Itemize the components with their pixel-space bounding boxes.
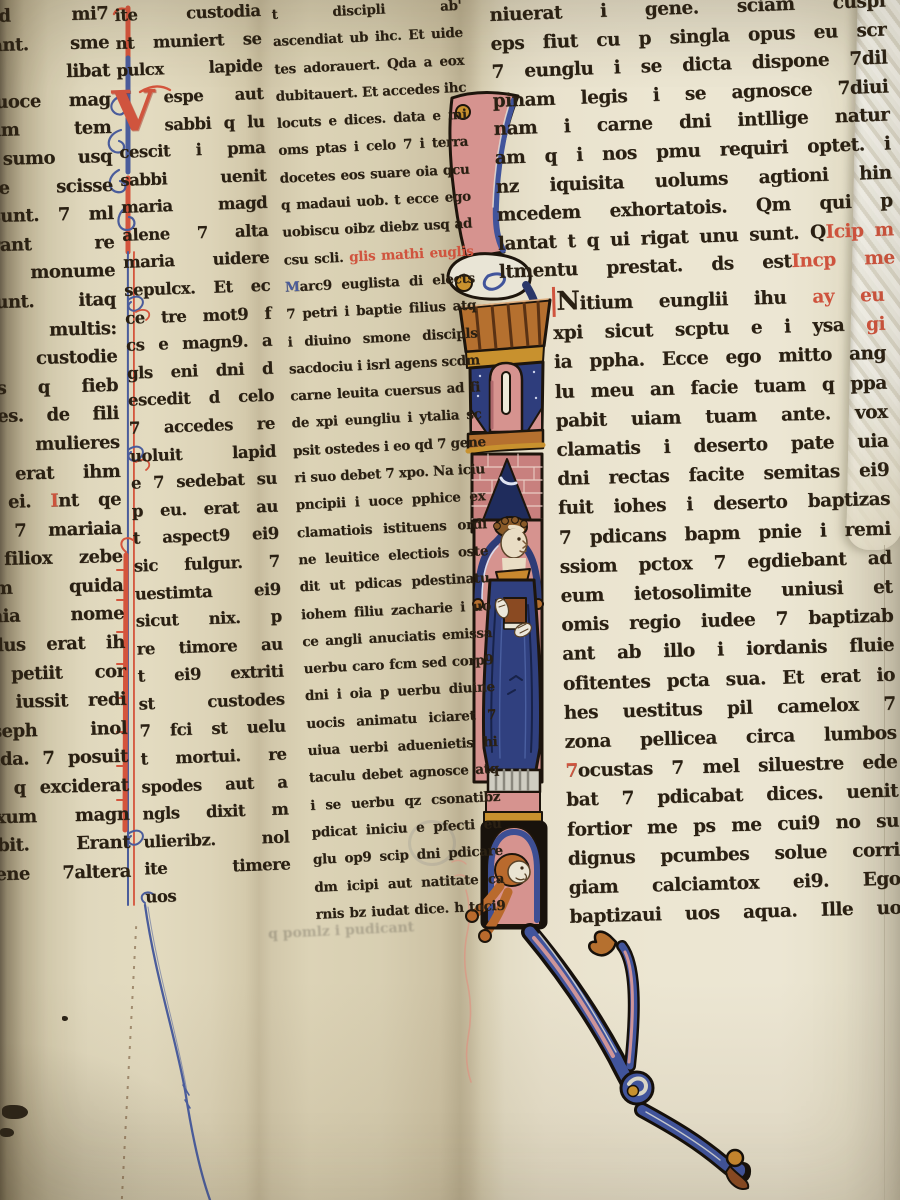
text-line: nuda. 7 posuit: [0, 743, 128, 776]
text-line: ne 7 mariaia: [0, 515, 122, 548]
right-page-column-2-main: Nitium eunglii ihu ay euxpi sicut scptu …: [552, 281, 900, 932]
text-line: nerunt. itaq: [0, 286, 116, 319]
column-block: ite custodiant muniert sepulcx lapide: [114, 0, 263, 84]
versal-initial-v: V: [111, 83, 156, 140]
left-page-column-1: atuod mi7debant. smelyas libats uoce mag…: [0, 0, 131, 890]
ink-speck: [2, 1105, 28, 1119]
text-line: uos: [145, 878, 292, 911]
text-line: athia nome: [0, 600, 124, 633]
text-line: taxum magn: [0, 800, 130, 833]
text-line: uem quida: [0, 572, 124, 605]
text-line: pulcx lapide: [116, 52, 263, 85]
text-line: alene 7altera: [0, 858, 131, 891]
text-line: bi mulieres: [0, 429, 120, 462]
text-line: entes. de fili: [0, 400, 119, 433]
text-line: ant custodie: [0, 343, 118, 376]
text-line: i petiit cor: [0, 657, 126, 690]
text-line: us iussit redi: [0, 686, 127, 719]
text-line: pette scisse: [0, 171, 113, 204]
text-line: rabit. Erant: [0, 829, 130, 862]
text-line: espe aut: [163, 80, 264, 111]
text-line: sa sumo usq: [0, 143, 112, 176]
text-line: nt multis:: [0, 314, 117, 347]
text-line: s uoce mag: [0, 86, 111, 119]
text-line: de monume: [0, 257, 115, 290]
text-line: ioseph inol: [0, 715, 127, 748]
text-line: a sunt. 7 ml: [0, 200, 114, 233]
text-line: ite timere: [144, 851, 291, 884]
text-line: uelum tem: [0, 114, 112, 147]
text-line: t filiox zebe: [0, 543, 123, 576]
ink-speck: [62, 1016, 68, 1021]
text-line: atuod mi7: [0, 0, 109, 33]
text-line: te erat ihm: [0, 457, 121, 490]
text-line: merant re: [0, 229, 115, 262]
ink-speck: [0, 1128, 14, 1137]
column-block: cescit i pmasabbi uenitmaria magdalene 7…: [119, 134, 292, 911]
text-line: hulus erat ih: [0, 629, 125, 662]
text-line: sic fulgur. 7: [133, 547, 280, 580]
text-line: es ei. Int qe: [0, 486, 121, 519]
text-line: uo q exciderat: [0, 772, 129, 805]
text-line: ihus q fieb: [0, 372, 118, 405]
column-block-indented: espe autsabbi q lu: [163, 80, 265, 138]
right-page-column-2-top: niuerat i gene. sciam cuspieps fiut cu p…: [489, 0, 895, 288]
text-line: lyas libat: [0, 57, 110, 90]
text-line: debant. sme: [0, 29, 109, 62]
